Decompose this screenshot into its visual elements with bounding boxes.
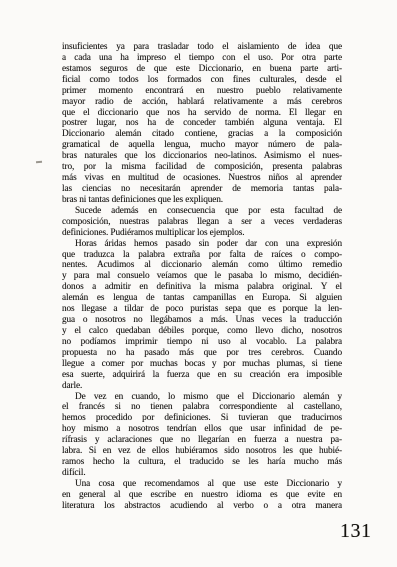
text-line: Sucede además en consecuencia que por es… <box>62 206 342 217</box>
text-line: primer momento encontrará en nuestro pue… <box>62 86 342 97</box>
text-line: tro, por la misma facilidad de composici… <box>62 162 342 173</box>
text-line: difícil. <box>62 468 342 479</box>
text-line: gua o nosotros no llegábamos a más. Unas… <box>62 315 342 326</box>
text-line: no podíamos imprimir tiempo ni uso al vo… <box>62 337 342 348</box>
text-line: y para mal consuelo veíamos que le pasab… <box>62 271 342 282</box>
text-line: ficial como todos los formados con fines… <box>62 75 342 86</box>
text-line: llegue a comer por muchas bocas y por mu… <box>62 359 342 370</box>
text-line: más vivas en multitud de ocasiones. Nues… <box>62 173 342 184</box>
paragraph: De vez en cuando, lo mismo que el Diccio… <box>62 392 342 479</box>
paragraph: insuficientes ya para trasladar todo el … <box>62 42 342 206</box>
text-line: rífrasis y aclaraciones que no llegarían… <box>62 435 342 446</box>
page-number: 131 <box>340 520 372 542</box>
paragraph: Horas áridas hemos pasado sin poder dar … <box>62 239 342 392</box>
paragraph: Una cosa que recomendamos al que use est… <box>62 479 342 512</box>
text-line: nos llegase a tildar de poco puristas se… <box>62 304 342 315</box>
text-line: darle. <box>62 381 342 392</box>
text-line: composición, nuestras palabras llegan a … <box>62 217 342 228</box>
text-line: nentes. Acudimos al diccionario alemán c… <box>62 260 342 271</box>
text-line: Horas áridas hemos pasado sin poder dar … <box>62 239 342 250</box>
text-line: hemos procedido por definiciones. Si tuv… <box>62 413 342 424</box>
text-line: insuficientes ya para trasladar todo el … <box>62 42 342 53</box>
text-line: bras naturales que los diccionarios neo-… <box>62 151 342 162</box>
text-line: definiciones. Pudiéramos multiplicar los… <box>62 228 342 239</box>
paragraph: Sucede además en consecuencia que por es… <box>62 206 342 239</box>
text-line: mayor radio de acción, hablará relativam… <box>62 97 342 108</box>
text-line: las ciencias no necesitarán aprender de … <box>62 184 342 195</box>
text-line: Diccionario alemán citado contiene, grac… <box>62 129 342 140</box>
text-line: estamos seguros de que este Diccionario,… <box>62 64 342 75</box>
text-line: y el calco quedaban débiles porque, como… <box>62 326 342 337</box>
text-line: donos a admitir en definitiva la misma p… <box>62 282 342 293</box>
text-line: en general al que escribe en nuestro idi… <box>62 490 342 501</box>
text-line: ramos hecho la cultura, el traducido se … <box>62 457 342 468</box>
page-text-block: insuficientes ya para trasladar todo el … <box>62 42 342 512</box>
text-line: postrer lugar, nos ha de conceder tambié… <box>62 118 342 129</box>
text-line: bras ni tantas definiciones que les expl… <box>62 195 342 206</box>
text-line: hoy mismo a nosotros tendrían ellos que … <box>62 424 342 435</box>
text-line: que traduzca la palabra extraña por falt… <box>62 250 342 261</box>
book-page: insuficientes ya para trasladar todo el … <box>0 0 397 567</box>
text-line: Una cosa que recomendamos al que use est… <box>62 479 342 490</box>
text-line: alemán es lengua de tantas campanillas e… <box>62 293 342 304</box>
text-line: labra. Si en vez de ellos hubiéramos sid… <box>62 446 342 457</box>
scan-artifact-dash <box>36 161 42 163</box>
text-line: esa suerte, adquirirá la fuerza que en s… <box>62 370 342 381</box>
text-line: a cada una ha impreso el tiempo con el u… <box>62 53 342 64</box>
text-line: literatura los abstractos acudiendo al v… <box>62 501 342 512</box>
text-line: propuesta no ha pasado más que por tres … <box>62 348 342 359</box>
text-line: De vez en cuando, lo mismo que el Diccio… <box>62 392 342 403</box>
text-line: que el diccionario que nos ha servido de… <box>62 108 342 119</box>
text-line: el francés si no tienen palabra correspo… <box>62 402 342 413</box>
text-line: gramatical de aquella lengua, mucho mayo… <box>62 140 342 151</box>
